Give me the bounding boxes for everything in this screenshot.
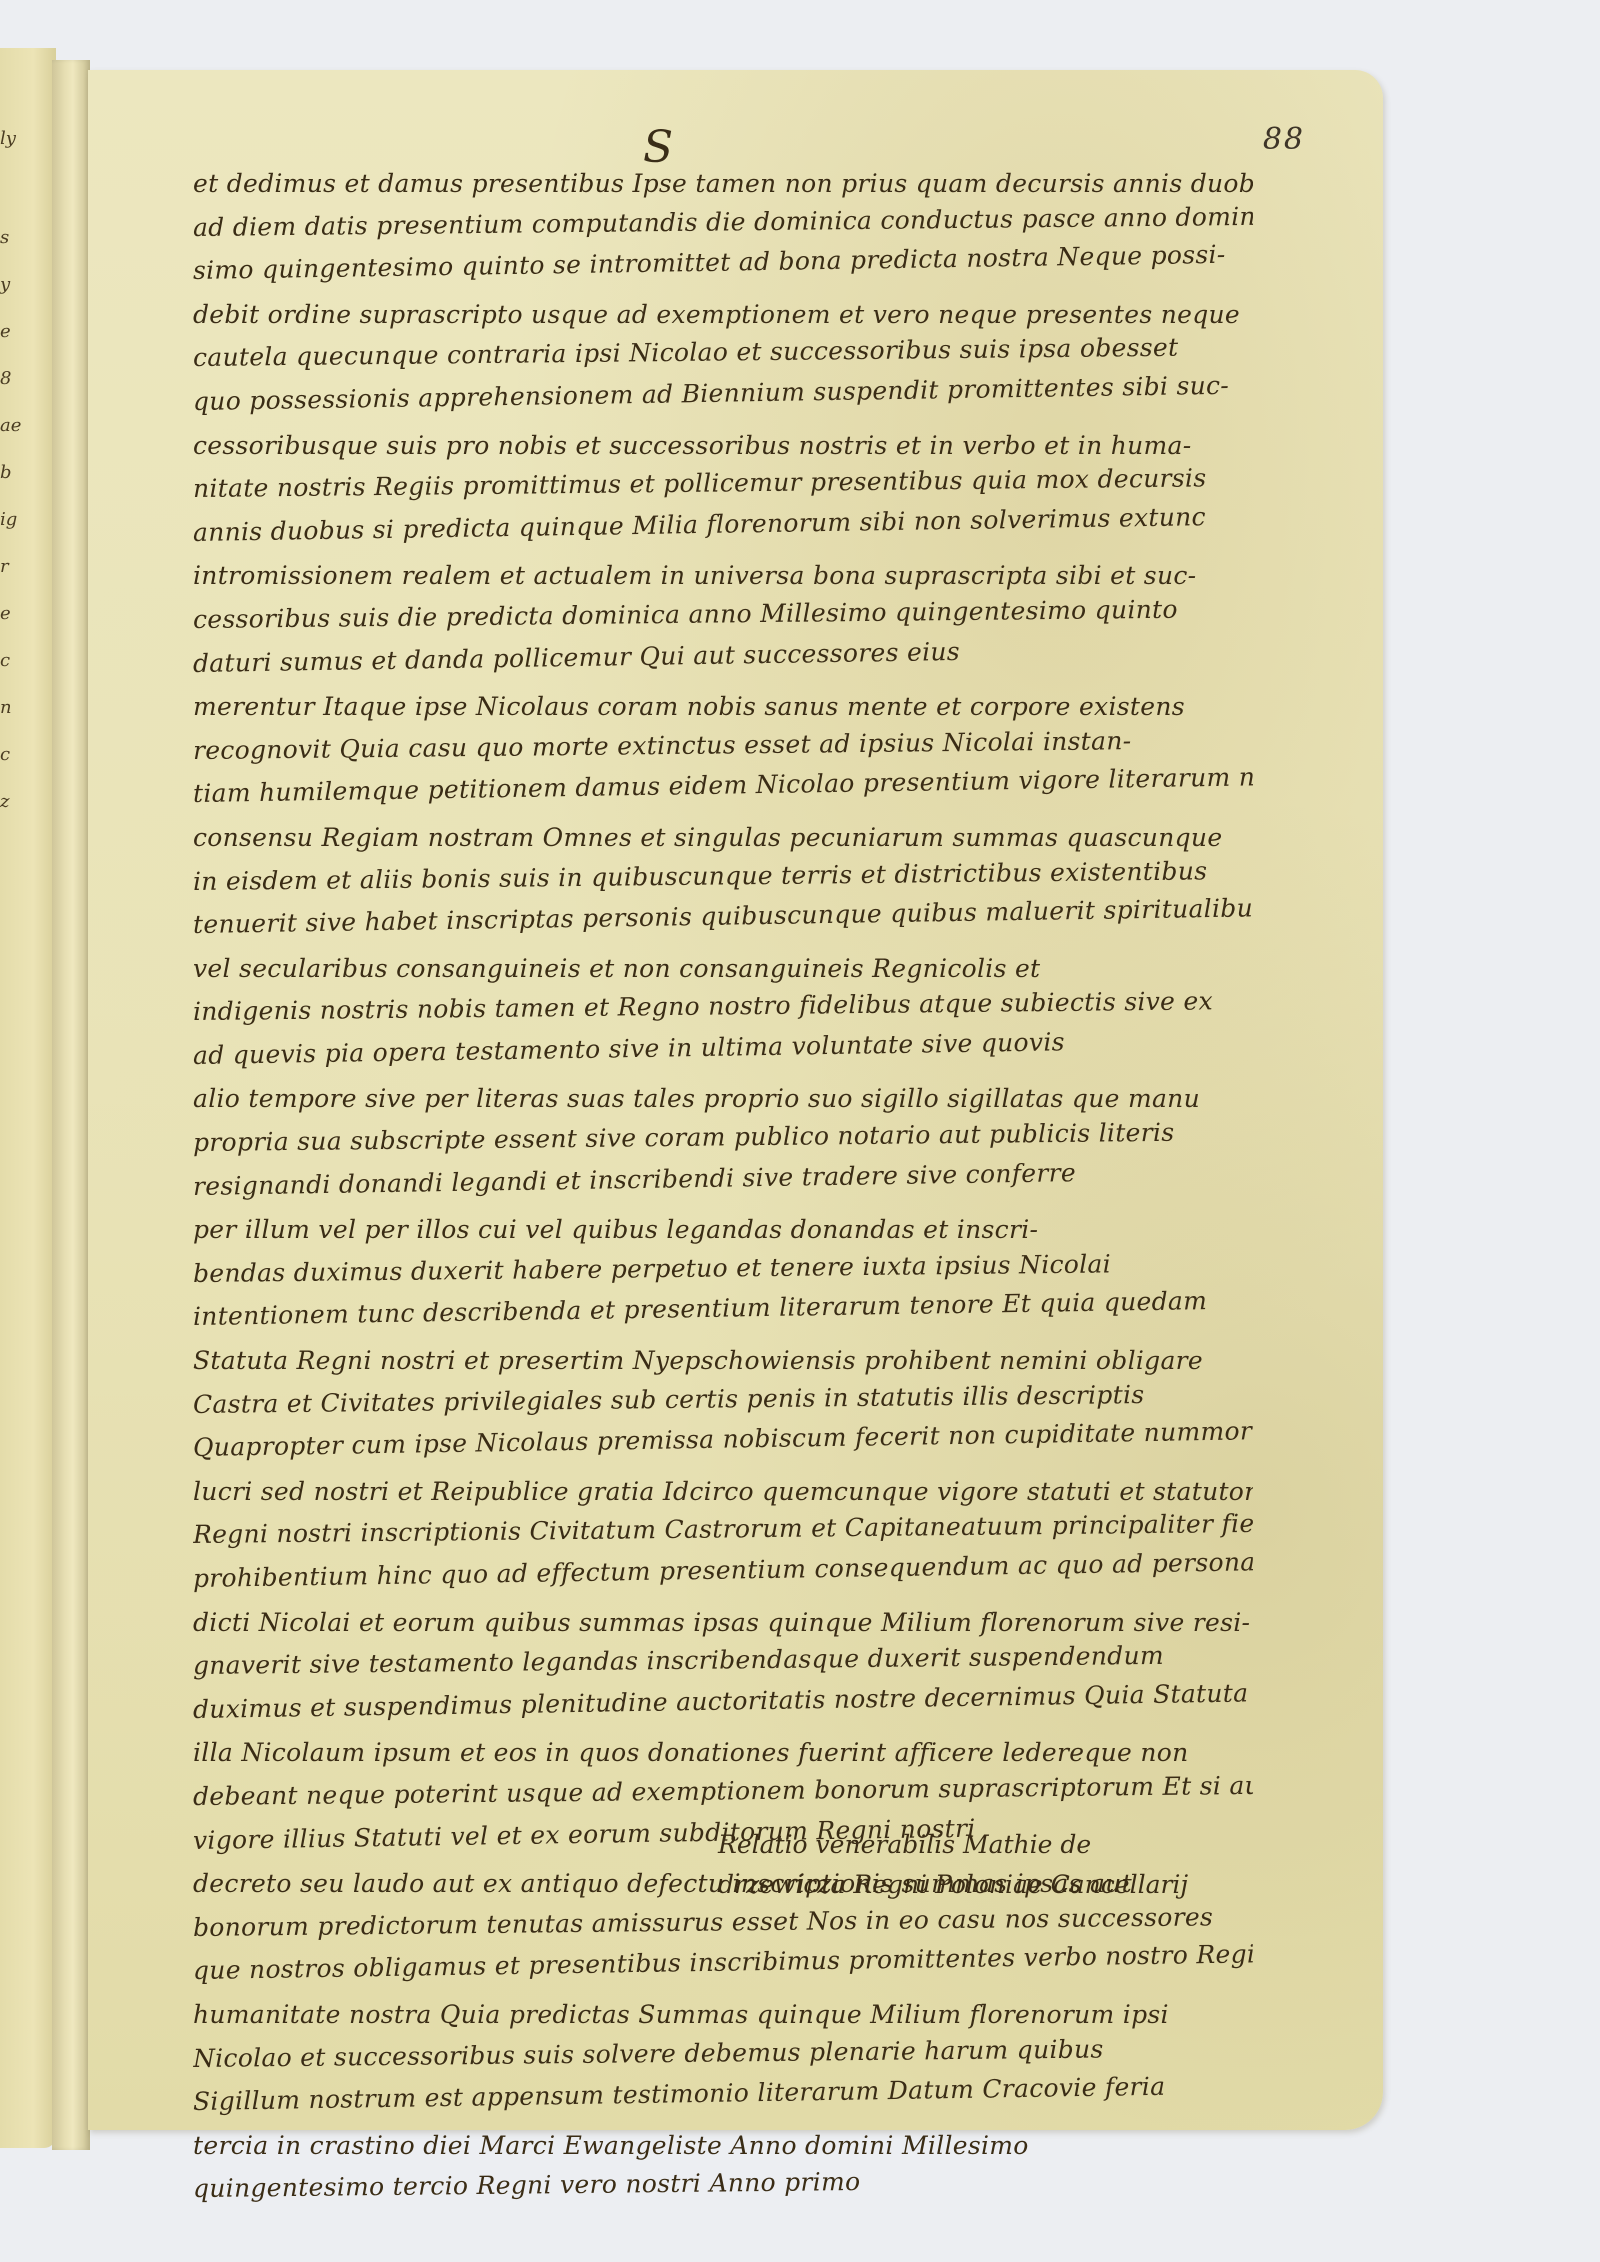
text-line: quingentesimo tercio Regni vero nostri A… — [193, 2156, 1253, 2211]
left-margin-fragment: c — [0, 650, 22, 671]
left-margin-fragment: e — [0, 603, 22, 624]
left-margin-fragment: e — [0, 321, 22, 342]
left-margin-fragment: c — [0, 744, 22, 765]
left-margin-fragment: ly — [0, 128, 22, 149]
left-margin-fragment: z — [0, 791, 22, 812]
manuscript-page: 88 S et dedimus et damus presentibus Ips… — [88, 70, 1383, 2130]
binding-gutter — [52, 60, 90, 2150]
folio-number: 88 — [1263, 122, 1305, 157]
left-margin-fragment: 8 — [0, 368, 22, 389]
left-margin-fragment: b — [0, 462, 22, 483]
left-page-margin-text: lysye8aebigrecncz — [0, 128, 22, 812]
left-margin-fragment: y — [0, 274, 22, 295]
left-margin-fragment: n — [0, 697, 22, 718]
chancery-note: Relatio venerabilis Mathie de drzewicza … — [718, 1825, 1078, 1905]
left-margin-fragment: s — [0, 227, 22, 248]
chancery-note-line-1: Relatio venerabilis Mathie de — [718, 1825, 1078, 1865]
chancery-note-line-2: drzewicza Regni Poloniae Cancellarij — [718, 1865, 1078, 1905]
left-margin-fragment: ae — [0, 415, 22, 436]
left-margin-fragment: r — [0, 556, 22, 577]
left-margin-fragment: ig — [0, 509, 22, 530]
facing-left-page: lysye8aebigrecncz — [0, 48, 56, 2148]
